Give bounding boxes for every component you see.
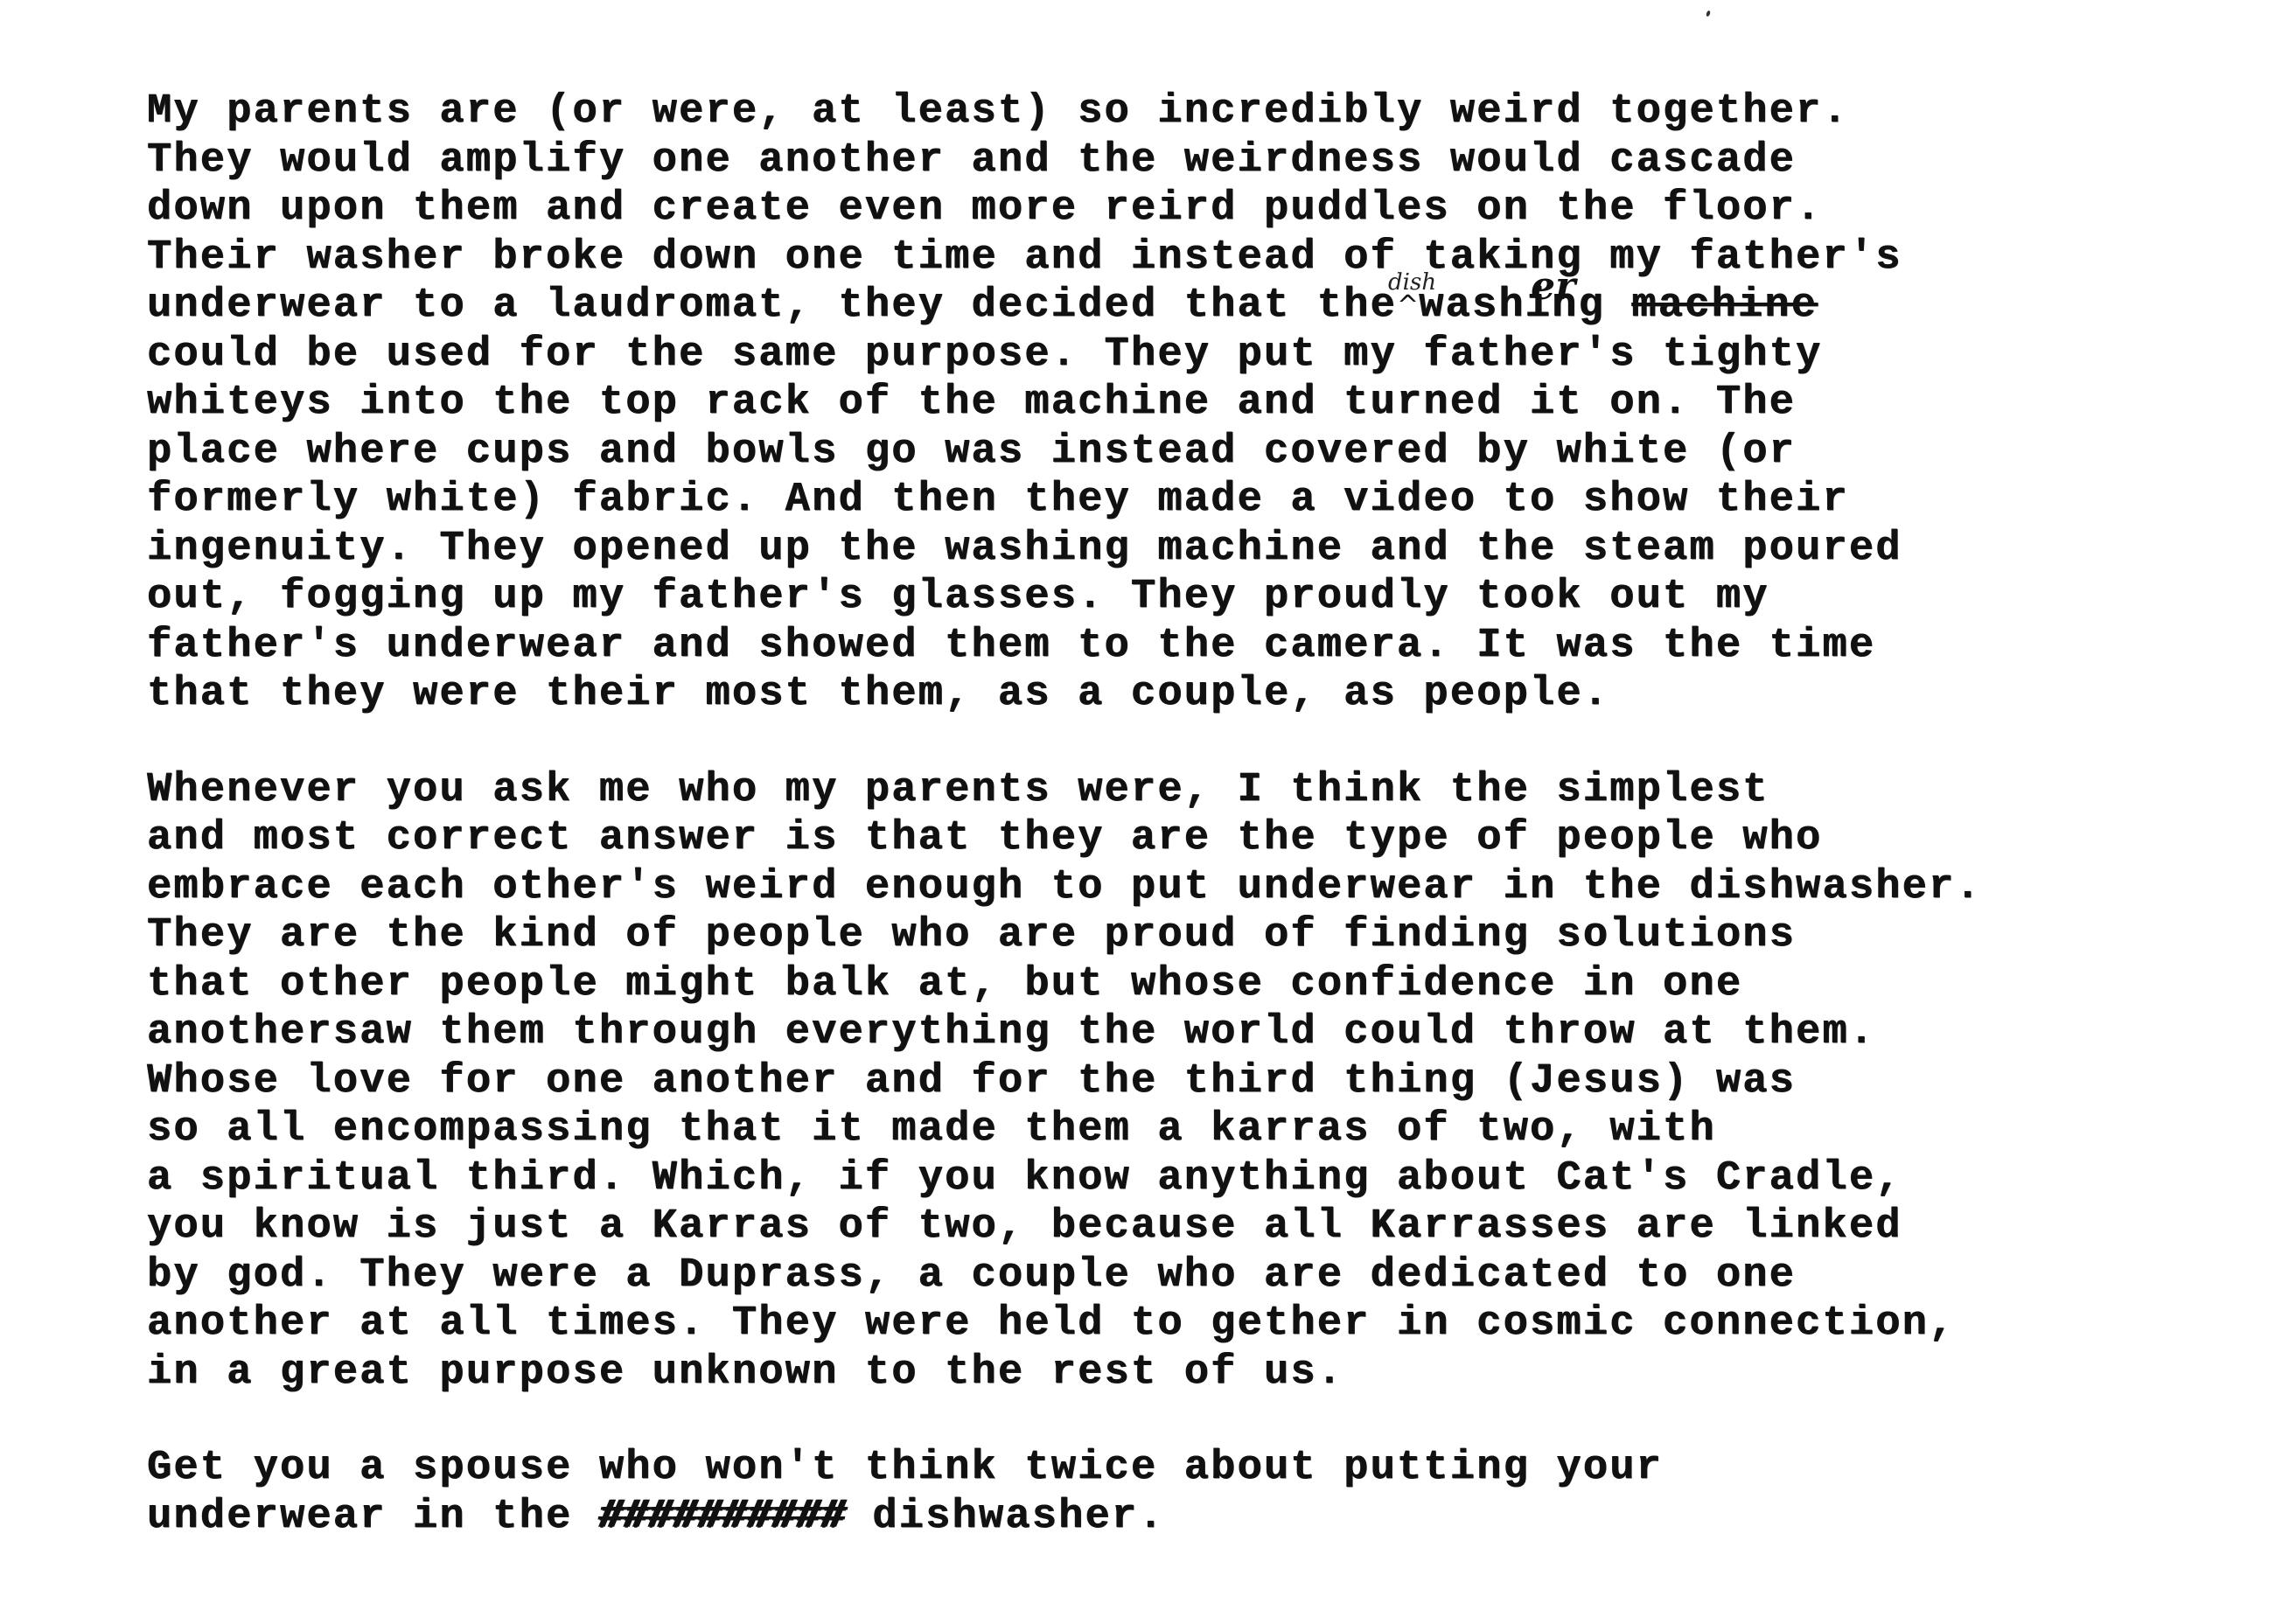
- text-line: anothersaw them through everything the w…: [147, 1008, 2246, 1057]
- text-line: Whenever you ask me who my parents were,…: [147, 766, 2246, 815]
- paragraph-1: My parents are (or were, at least) so in…: [147, 87, 2246, 719]
- text-line: that other people might balk at, but who…: [147, 960, 2246, 1009]
- text-line: Whose love for one another and for the t…: [147, 1057, 2246, 1106]
- text-line: that they were their most them, as a cou…: [147, 670, 2246, 719]
- typewritten-page: My parents are (or were, at least) so in…: [147, 87, 2246, 1588]
- paragraph-2: Whenever you ask me who my parents were,…: [147, 766, 2246, 1397]
- text-line: by god. They were a Duprass, a couple wh…: [147, 1251, 2246, 1300]
- caret-insertion-mark: ^dish: [1397, 282, 1419, 331]
- text-line: another at all times. They were held to …: [147, 1300, 2246, 1349]
- text-line: whiteys into the top rack of the machine…: [147, 379, 2246, 428]
- text-line: embrace each other's weird enough to put…: [147, 863, 2246, 912]
- corrected-word: washinger: [1419, 282, 1605, 331]
- text-line: They would amplify one another and the w…: [147, 136, 2246, 185]
- text-line: you know is just a Karras of two, becaus…: [147, 1202, 2246, 1251]
- text-line: place where cups and bowls go was instea…: [147, 428, 2246, 477]
- text-line: and most correct answer is that they are…: [147, 814, 2246, 863]
- text-line: a spiritual third. Which, if you know an…: [147, 1154, 2246, 1203]
- text-line: Their washer broke down one time and ins…: [147, 233, 2246, 282]
- ink-speck: [1706, 10, 1711, 17]
- redacted-word: ##########: [599, 1494, 846, 1540]
- text-line: in a great purpose unknown to the rest o…: [147, 1349, 2246, 1397]
- text-line: down upon them and create even more reir…: [147, 185, 2246, 233]
- line-text-before-edit: underwear to a laudromat, they decided t…: [147, 282, 1397, 329]
- text-line: formerly white) fabric. And then they ma…: [147, 476, 2246, 525]
- redacted-text-line: underwear in the ########## dishwasher.: [147, 1493, 2246, 1542]
- text-line: They are the kind of people who are prou…: [147, 911, 2246, 960]
- struck-through-word: machine: [1631, 282, 1818, 329]
- handwritten-correction: er: [1531, 262, 1575, 311]
- paragraph-3: Get you a spouse who won't think twice a…: [147, 1444, 2246, 1541]
- line-text-after-redaction: dishwasher.: [846, 1494, 1165, 1540]
- text-line: could be used for the same purpose. They…: [147, 331, 2246, 380]
- text-line: out, fogging up my father's glasses. The…: [147, 573, 2246, 622]
- text-line: Get you a spouse who won't think twice a…: [147, 1444, 2246, 1493]
- edited-text-line: underwear to a laudromat, they decided t…: [147, 282, 2246, 331]
- text-line: father's underwear and showed them to th…: [147, 622, 2246, 671]
- text-line: so all encompassing that it made them a …: [147, 1105, 2246, 1154]
- typed-word: washing: [1419, 282, 1605, 329]
- text-line: ingenuity. They opened up the washing ma…: [147, 525, 2246, 574]
- text-line: My parents are (or were, at least) so in…: [147, 87, 2246, 136]
- line-text-before-redaction: underwear in the: [147, 1494, 599, 1540]
